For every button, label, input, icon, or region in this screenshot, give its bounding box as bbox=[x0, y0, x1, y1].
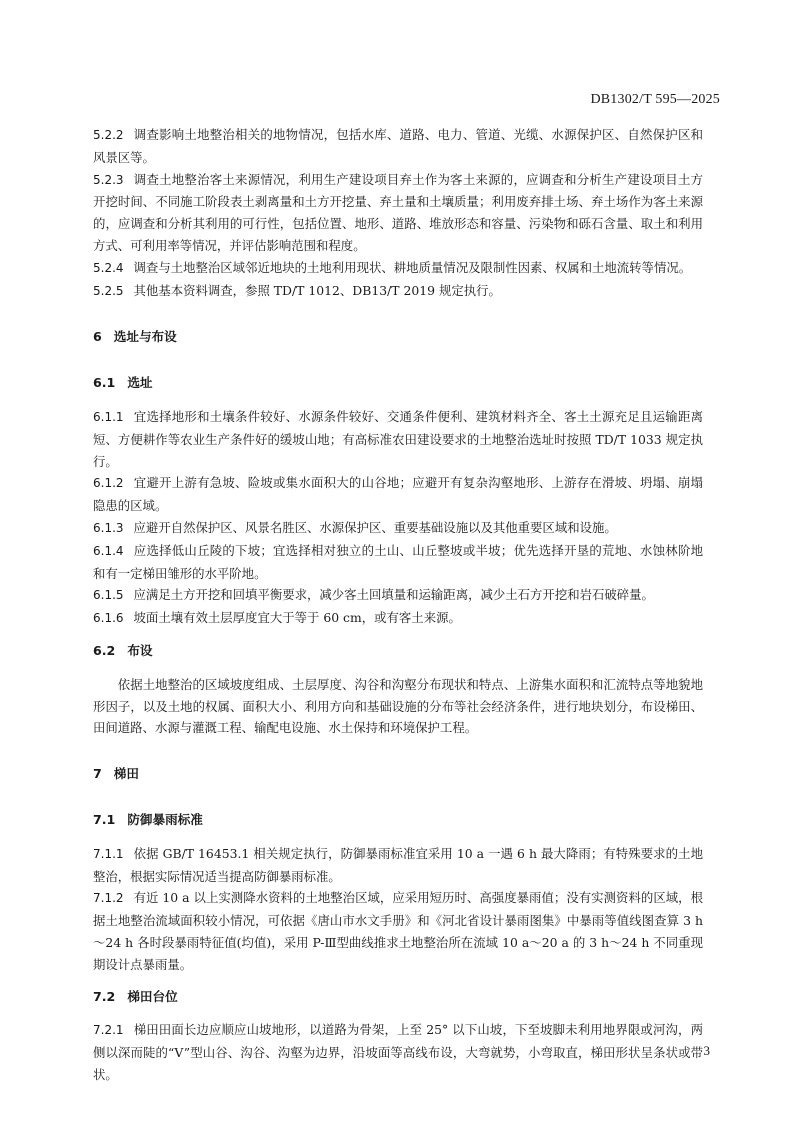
section-number: 6 bbox=[93, 329, 102, 344]
clause-5-2-5: 5.2.5其他基本资料调查，参照 TD/T 1012、DB13/T 2019 规… bbox=[93, 280, 703, 303]
clause-6-1-4: 6.1.4应选择低山丘陵的下坡；宜选择相对独立的土山、山丘整坡或半坡；优先选择开… bbox=[93, 540, 703, 585]
clause-6-1-6: 6.1.6坡面土壤有效土层厚度宜大于等于 60 cm，或有客土来源。 bbox=[93, 607, 703, 630]
section-number: 7.1 bbox=[93, 812, 115, 827]
clause-number: 6.1.6 bbox=[93, 611, 124, 625]
clause-number: 6.1.2 bbox=[93, 476, 124, 490]
clause-number: 7.1.2 bbox=[93, 891, 124, 905]
section-number: 6.2 bbox=[93, 643, 115, 658]
section-heading-6-2: 6.2布设 bbox=[93, 640, 703, 662]
section-number: 7 bbox=[93, 766, 102, 781]
clause-5-2-4: 5.2.4调查与土地整治区域邻近地块的土地利用现状、耕地质量情况及限制性因素、权… bbox=[93, 257, 703, 280]
clause-6-1-1: 6.1.1宜选择地形和土壤条件较好、水源条件较好、交通条件便利、建筑材料齐全、客… bbox=[93, 406, 703, 472]
section-title: 梯田台位 bbox=[127, 989, 177, 1004]
document-code: DB1302/T 595—2025 bbox=[590, 92, 720, 108]
clause-text: 应满足土方开挖和回填平衡要求，减少客土回填量和运输距离，减少土石方开挖和岩石破碎… bbox=[134, 587, 654, 602]
paragraph-6-2: 依据土地整治的区域坡度组成、土层厚度、沟谷和沟壑分布现状和特点、上游集水面积和汇… bbox=[93, 674, 703, 739]
clause-text: 有近 10 a 以上实测降水资料的土地整治区域，应采用短历时、高强度暴雨值；没有… bbox=[93, 890, 703, 971]
section-number: 7.2 bbox=[93, 989, 115, 1004]
clause-7-1-2: 7.1.2有近 10 a 以上实测降水资料的土地整治区域，应采用短历时、高强度暴… bbox=[93, 887, 703, 975]
clause-6-1-3: 6.1.3应避开自然保护区、风景名胜区、水源保护区、重要基础设施以及其他重要区域… bbox=[93, 517, 703, 540]
clause-text: 调查与土地整治区域邻近地块的土地利用现状、耕地质量情况及限制性因素、权属和土地流… bbox=[134, 260, 692, 275]
clause-number: 5.2.4 bbox=[93, 261, 124, 275]
section-heading-7-2: 7.2梯田台位 bbox=[93, 986, 703, 1008]
clause-number: 6.1.1 bbox=[93, 410, 124, 424]
clause-text: 调查影响土地整治相关的地物情况，包括水库、道路、电力、管道、光缆、水源保护区、自… bbox=[93, 127, 703, 165]
section-heading-6: 6选址与布设 bbox=[93, 326, 703, 348]
clause-text: 其他基本资料调查，参照 TD/T 1012、DB13/T 2019 规定执行。 bbox=[134, 283, 501, 298]
clause-number: 7.1.1 bbox=[93, 847, 124, 861]
clause-text: 宜避开上游有急坡、险坡或集水面积大的山谷地；应避开有复杂沟壑地形、上游存在滑坡、… bbox=[93, 475, 703, 513]
section-heading-7: 7梯田 bbox=[93, 763, 703, 785]
section-title: 选址与布设 bbox=[114, 329, 177, 344]
document-body: 5.2.2调查影响土地整治相关的地物情况，包括水库、道路、电力、管道、光缆、水源… bbox=[93, 124, 703, 1086]
clause-text: 坡面土壤有效土层厚度宜大于等于 60 cm，或有客土来源。 bbox=[134, 610, 461, 625]
clause-number: 5.2.2 bbox=[93, 128, 124, 142]
clause-text: 应避开自然保护区、风景名胜区、水源保护区、重要基础设施以及其他重要区域和设施。 bbox=[134, 520, 617, 535]
clause-number: 6.1.5 bbox=[93, 588, 124, 602]
clause-text: 应选择低山丘陵的下坡；宜选择相对独立的土山、山丘整坡或半坡；优先选择开垦的荒地、… bbox=[93, 543, 703, 581]
section-number: 6.1 bbox=[93, 375, 115, 390]
clause-5-2-2: 5.2.2调查影响土地整治相关的地物情况，包括水库、道路、电力、管道、光缆、水源… bbox=[93, 124, 703, 169]
clause-6-1-5: 6.1.5应满足土方开挖和回填平衡要求，减少客土回填量和运输距离，减少土石方开挖… bbox=[93, 584, 703, 607]
clause-7-2-1: 7.2.1梯田田面长边应顺应山坡地形，以道路为骨架，上至 25° 以下山坡，下至… bbox=[93, 1019, 703, 1085]
section-title: 选址 bbox=[127, 375, 152, 390]
clause-text: 依据 GB/T 16453.1 相关规定执行，防御暴雨标准宜采用 10 a 一遇… bbox=[93, 846, 703, 884]
clause-number: 6.1.4 bbox=[93, 544, 124, 558]
clause-number: 5.2.3 bbox=[93, 173, 124, 187]
clause-text: 梯田田面长边应顺应山坡地形，以道路为骨架，上至 25° 以下山坡，下至坡脚未利用… bbox=[93, 1022, 703, 1082]
clause-5-2-3: 5.2.3调查土地整治客土来源情况，利用生产建设项目弃土作为客土来源的，应调查和… bbox=[93, 169, 703, 257]
clause-6-1-2: 6.1.2宜避开上游有急坡、险坡或集水面积大的山谷地；应避开有复杂沟壑地形、上游… bbox=[93, 472, 703, 517]
section-title: 防御暴雨标准 bbox=[127, 812, 203, 827]
clause-text: 宜选择地形和土壤条件较好、水源条件较好、交通条件便利、建筑材料齐全、客土土源充足… bbox=[93, 409, 703, 469]
clause-7-1-1: 7.1.1依据 GB/T 16453.1 相关规定执行，防御暴雨标准宜采用 10… bbox=[93, 843, 703, 888]
section-heading-6-1: 6.1选址 bbox=[93, 372, 703, 394]
clause-number: 5.2.5 bbox=[93, 284, 124, 298]
clause-text: 调查土地整治客土来源情况，利用生产建设项目弃土作为客土来源的，应调查和分析生产建… bbox=[93, 172, 703, 253]
section-heading-7-1: 7.1防御暴雨标准 bbox=[93, 809, 703, 831]
section-title: 梯田 bbox=[114, 766, 139, 781]
clause-number: 6.1.3 bbox=[93, 521, 124, 535]
section-title: 布设 bbox=[127, 643, 152, 658]
clause-number: 7.2.1 bbox=[93, 1023, 124, 1037]
page-number: 3 bbox=[704, 1043, 711, 1059]
